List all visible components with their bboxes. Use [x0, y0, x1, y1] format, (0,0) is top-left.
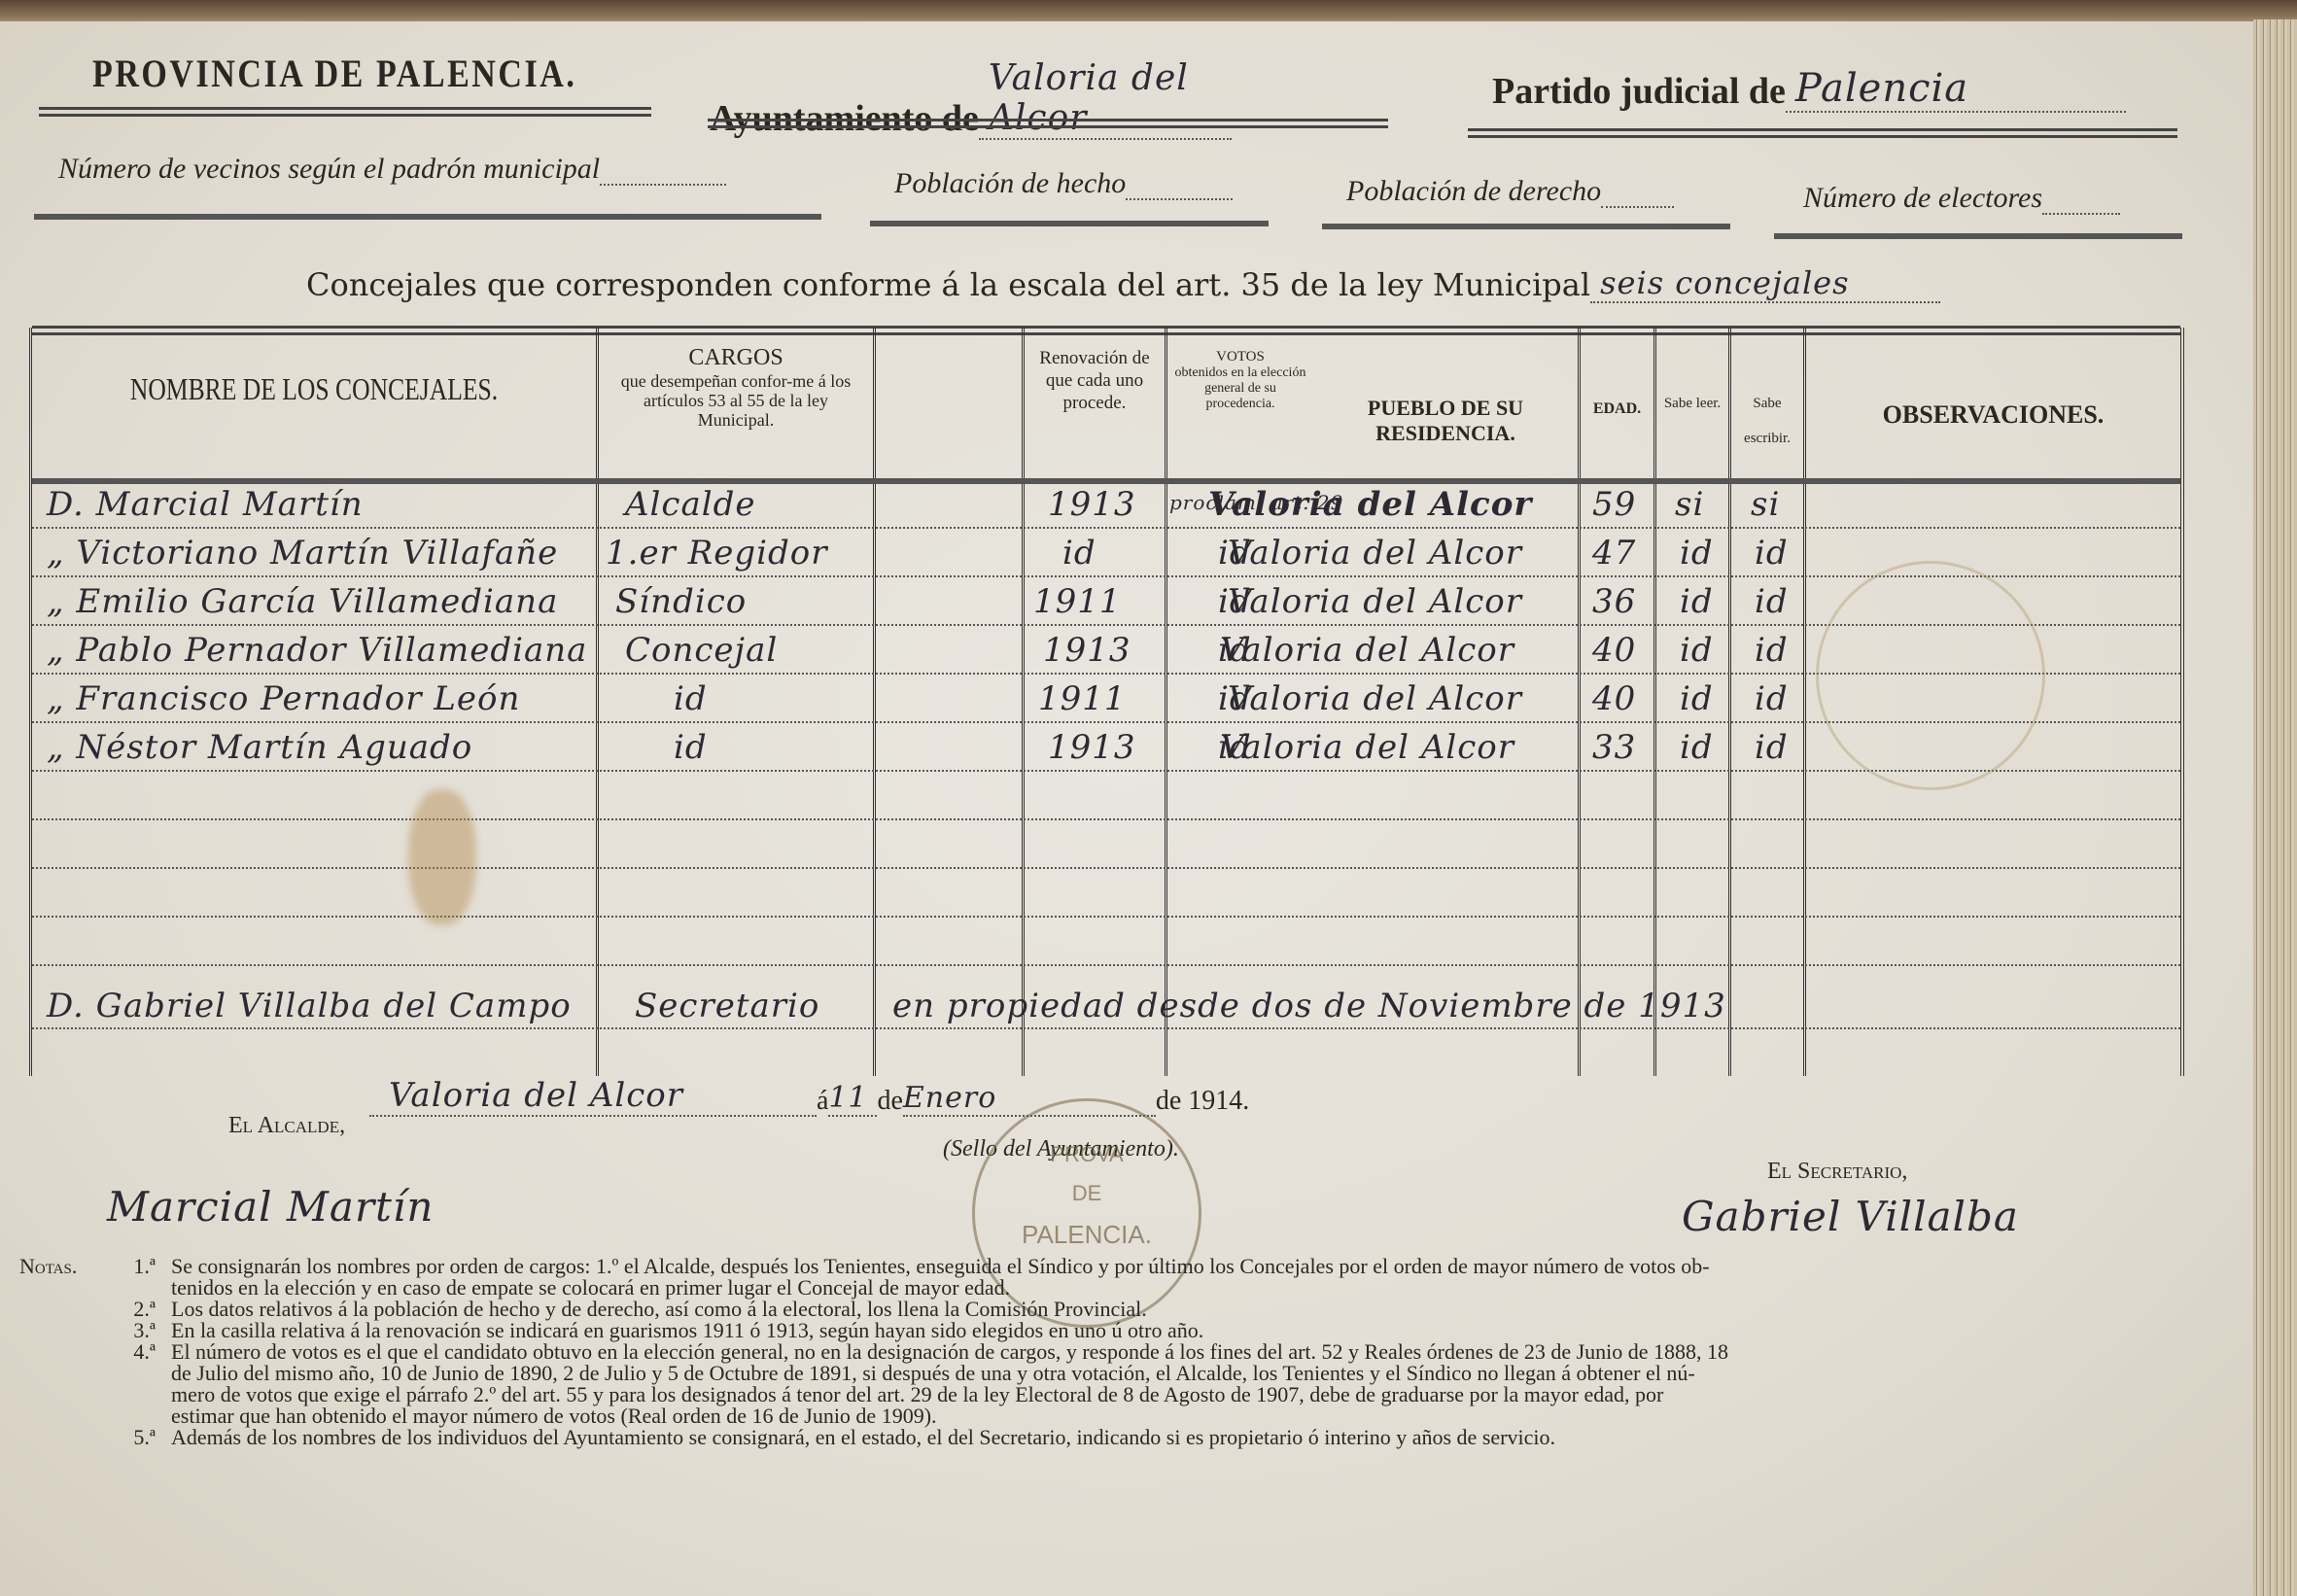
- row-rule: [32, 527, 2180, 529]
- page-edges: [2253, 19, 2297, 1596]
- vecinos-label: Número de vecinos según el padrón munici…: [58, 153, 600, 186]
- row-rule: [32, 1027, 2180, 1029]
- electores-field: Número de electores: [1803, 182, 2120, 215]
- header-cargos-title: CARGOS: [599, 345, 873, 371]
- row-rule: [32, 770, 2180, 772]
- header-bottom-rule: [32, 478, 2180, 484]
- alcalde-label: El Alcalde,: [228, 1113, 345, 1139]
- note-number: 5.ª: [19, 1427, 171, 1448]
- row-1-edad: 59: [1592, 485, 1636, 524]
- row-1-renovacion: 1913: [1048, 485, 1136, 524]
- divider: [708, 119, 1388, 128]
- row-6-edad: 33: [1592, 728, 1636, 767]
- stamp-prova: PROVA: [975, 1142, 1199, 1167]
- row-1-pueblo: Valoria del Alcor: [1208, 485, 1532, 524]
- note-continuation: mero de votos que exige el párrafo 2.º d…: [19, 1384, 2197, 1405]
- row-3-edad: 36: [1592, 582, 1636, 621]
- secretario-signature: Gabriel Villalba: [1682, 1193, 2019, 1240]
- row-4-leer: id: [1680, 631, 1714, 670]
- province-label: PROVINCIA DE PALENCIA.: [92, 51, 576, 96]
- header-escribir: Sabe escribir.: [1731, 386, 1803, 456]
- row-1-cargo: Alcalde: [625, 485, 756, 524]
- note-continuation: tenidos en la elección y en caso de empa…: [19, 1277, 2197, 1299]
- divider: [1322, 224, 1730, 229]
- note-5: 5.ª Además de los nombres de los individ…: [19, 1427, 2197, 1448]
- derecho-value: [1601, 187, 1674, 208]
- divider: [34, 214, 821, 220]
- row-rule: [32, 867, 2180, 869]
- header-cargos-sub: que desempeñan confor-me á los artículos…: [599, 371, 873, 430]
- concejales-label: Concejales que corresponden conforme á l…: [306, 266, 1590, 303]
- date-a: á: [817, 1086, 828, 1117]
- header-pueblo: PUEBLO DE SU RESIDENCIA.: [1167, 396, 1578, 446]
- row-rule: [32, 575, 2180, 577]
- row-6-pueblo: Valoria del Alcor: [1220, 728, 1514, 767]
- note-text: El número de votos es el que el candidat…: [171, 1341, 1728, 1363]
- header-edad: EDAD.: [1581, 400, 1653, 418]
- row-5-pueblo: Valoria del Alcor: [1228, 679, 1522, 718]
- province-title: PROVINCIA DE PALENCIA.: [92, 51, 576, 96]
- alcalde-signature: Marcial Martín: [107, 1183, 434, 1231]
- row-4-nombre: „ Pablo Pernador Villamediana: [47, 631, 587, 670]
- faded-stamp: [1816, 561, 2045, 790]
- row-2-pueblo: Valoria del Alcor: [1228, 534, 1522, 572]
- partido-value: Palencia: [1786, 66, 2126, 113]
- row-5-edad: 40: [1592, 679, 1636, 718]
- date-year: de 1914.: [1156, 1086, 1249, 1117]
- row-2-leer: id: [1680, 534, 1714, 572]
- note-1: Notas. 1.ª Se consignarán los nombres po…: [19, 1256, 2197, 1277]
- row-rule: [32, 916, 2180, 918]
- secretario-label: El Secretario,: [1767, 1159, 1907, 1185]
- row-2-renovacion: id: [1062, 534, 1096, 572]
- row-1-leer: si: [1675, 485, 1704, 524]
- row-1-escribir: si: [1751, 485, 1780, 524]
- notes-label: Notas.: [19, 1256, 97, 1277]
- note-text: Además de los nombres de los individuos …: [171, 1427, 1555, 1448]
- concejales-field: Concejales que corresponden conforme á l…: [306, 264, 1940, 303]
- row-2-escribir: id: [1755, 534, 1789, 572]
- row-5-renovacion: 1911: [1038, 679, 1127, 718]
- note-text: En la casilla relativa á la renovación s…: [171, 1320, 1203, 1341]
- row-4-escribir: id: [1755, 631, 1789, 670]
- row-3-escribir: id: [1755, 582, 1789, 621]
- table-top-border: [32, 326, 2180, 335]
- row-3-nombre: „ Emilio García Villamediana: [47, 582, 558, 621]
- header-leer: Sabe leer.: [1656, 386, 1728, 421]
- row-6-renovacion: 1913: [1048, 728, 1136, 767]
- census-form-page: PROVINCIA DE PALENCIA. Ayuntamiento de V…: [0, 21, 2253, 1596]
- note-continuation: estimar que han obtenido el mayor número…: [19, 1405, 2197, 1427]
- note-4: 4.ª El número de votos es el que el cand…: [19, 1341, 2197, 1363]
- derecho-field: Población de derecho: [1346, 175, 1674, 208]
- header-renovacion: Renovación de que cada uno procede.: [1025, 347, 1165, 414]
- notes-section: Notas. 1.ª Se consignarán los nombres po…: [19, 1256, 2197, 1448]
- row-6-cargo: id: [674, 728, 708, 767]
- header-cargos: CARGOS que desempeñan confor-me á los ar…: [599, 345, 873, 430]
- row-3-leer: id: [1680, 582, 1714, 621]
- row-5-cargo: id: [674, 679, 708, 718]
- secretario-cargo: Secretario: [635, 987, 819, 1025]
- electores-label: Número de electores: [1803, 182, 2042, 215]
- vecinos-field: Número de vecinos según el padrón munici…: [58, 153, 726, 186]
- divider: [39, 107, 651, 117]
- note-number: 2.ª: [19, 1299, 171, 1320]
- concejales-table: NOMBRE DE LOS CONCEJALES. CARGOS que des…: [29, 328, 2184, 1076]
- derecho-label: Población de derecho: [1346, 175, 1601, 208]
- header-votos-title: VOTOS: [1167, 349, 1313, 365]
- date-day: 11: [828, 1081, 877, 1117]
- date-de: de: [877, 1086, 902, 1117]
- note-continuation: de Julio del mismo año, 10 de Junio de 1…: [19, 1363, 2197, 1384]
- concejales-value: seis concejales: [1590, 264, 1940, 303]
- partido-label: Partido judicial de: [1492, 70, 1786, 113]
- row-5-nombre: „ Francisco Pernador León: [47, 679, 520, 718]
- stamp-de: DE: [975, 1181, 1199, 1206]
- row-5-escribir: id: [1755, 679, 1789, 718]
- row-6-nombre: „ Néstor Martín Aguado: [47, 728, 472, 767]
- row-2-nombre: „ Victoriano Martín Villafañe: [47, 534, 558, 572]
- hecho-label: Población de hecho: [894, 167, 1126, 200]
- secretario-detalle: en propiedad desde dos de Noviembre de 1…: [892, 987, 1726, 1025]
- header-nombre: NOMBRE DE LOS CONCEJALES.: [88, 371, 539, 407]
- header-observaciones: OBSERVACIONES.: [1806, 400, 2180, 430]
- row-4-edad: 40: [1592, 631, 1636, 670]
- vecinos-value: [600, 164, 726, 186]
- row-2-cargo: 1.er Regidor: [606, 534, 827, 572]
- electores-value: [2042, 193, 2120, 215]
- note-number: 1.ª: [97, 1256, 171, 1277]
- row-4-cargo: Concejal: [625, 631, 778, 670]
- divider: [870, 221, 1269, 226]
- divider: [1774, 233, 2182, 239]
- divider: [1468, 128, 2177, 138]
- note-number: 4.ª: [19, 1341, 171, 1363]
- note-text: Se consignarán los nombres por orden de …: [171, 1256, 1710, 1277]
- note-3: 3.ª En la casilla relativa á la renovaci…: [19, 1320, 2197, 1341]
- note-text: Los datos relativos á la población de he…: [171, 1299, 1147, 1320]
- row-6-leer: id: [1680, 728, 1714, 767]
- date-place: Valoria del Alcor: [369, 1076, 817, 1117]
- row-4-renovacion: 1913: [1043, 631, 1131, 670]
- row-3-renovacion: 1911: [1033, 582, 1122, 621]
- secretario-nombre: D. Gabriel Villalba del Campo: [47, 987, 572, 1025]
- row-3-pueblo: Valoria del Alcor: [1228, 582, 1522, 621]
- row-rule: [32, 818, 2180, 820]
- row-5-leer: id: [1680, 679, 1714, 718]
- row-4-pueblo: Valoria del Alcor: [1220, 631, 1514, 670]
- stamp-palencia: PALENCIA.: [975, 1220, 1199, 1250]
- row-6-escribir: id: [1755, 728, 1789, 767]
- row-rule: [32, 964, 2180, 966]
- ink-stain: [408, 789, 476, 925]
- row-3-cargo: Síndico: [615, 582, 747, 621]
- row-2-edad: 47: [1592, 534, 1636, 572]
- note-2: 2.ª Los datos relativos á la población d…: [19, 1299, 2197, 1320]
- partido-field: Partido judicial de Palencia: [1492, 66, 2126, 113]
- row-1-nombre: D. Marcial Martín: [47, 485, 364, 524]
- hecho-field: Población de hecho: [894, 167, 1233, 200]
- hecho-value: [1126, 179, 1233, 200]
- note-number: 3.ª: [19, 1320, 171, 1341]
